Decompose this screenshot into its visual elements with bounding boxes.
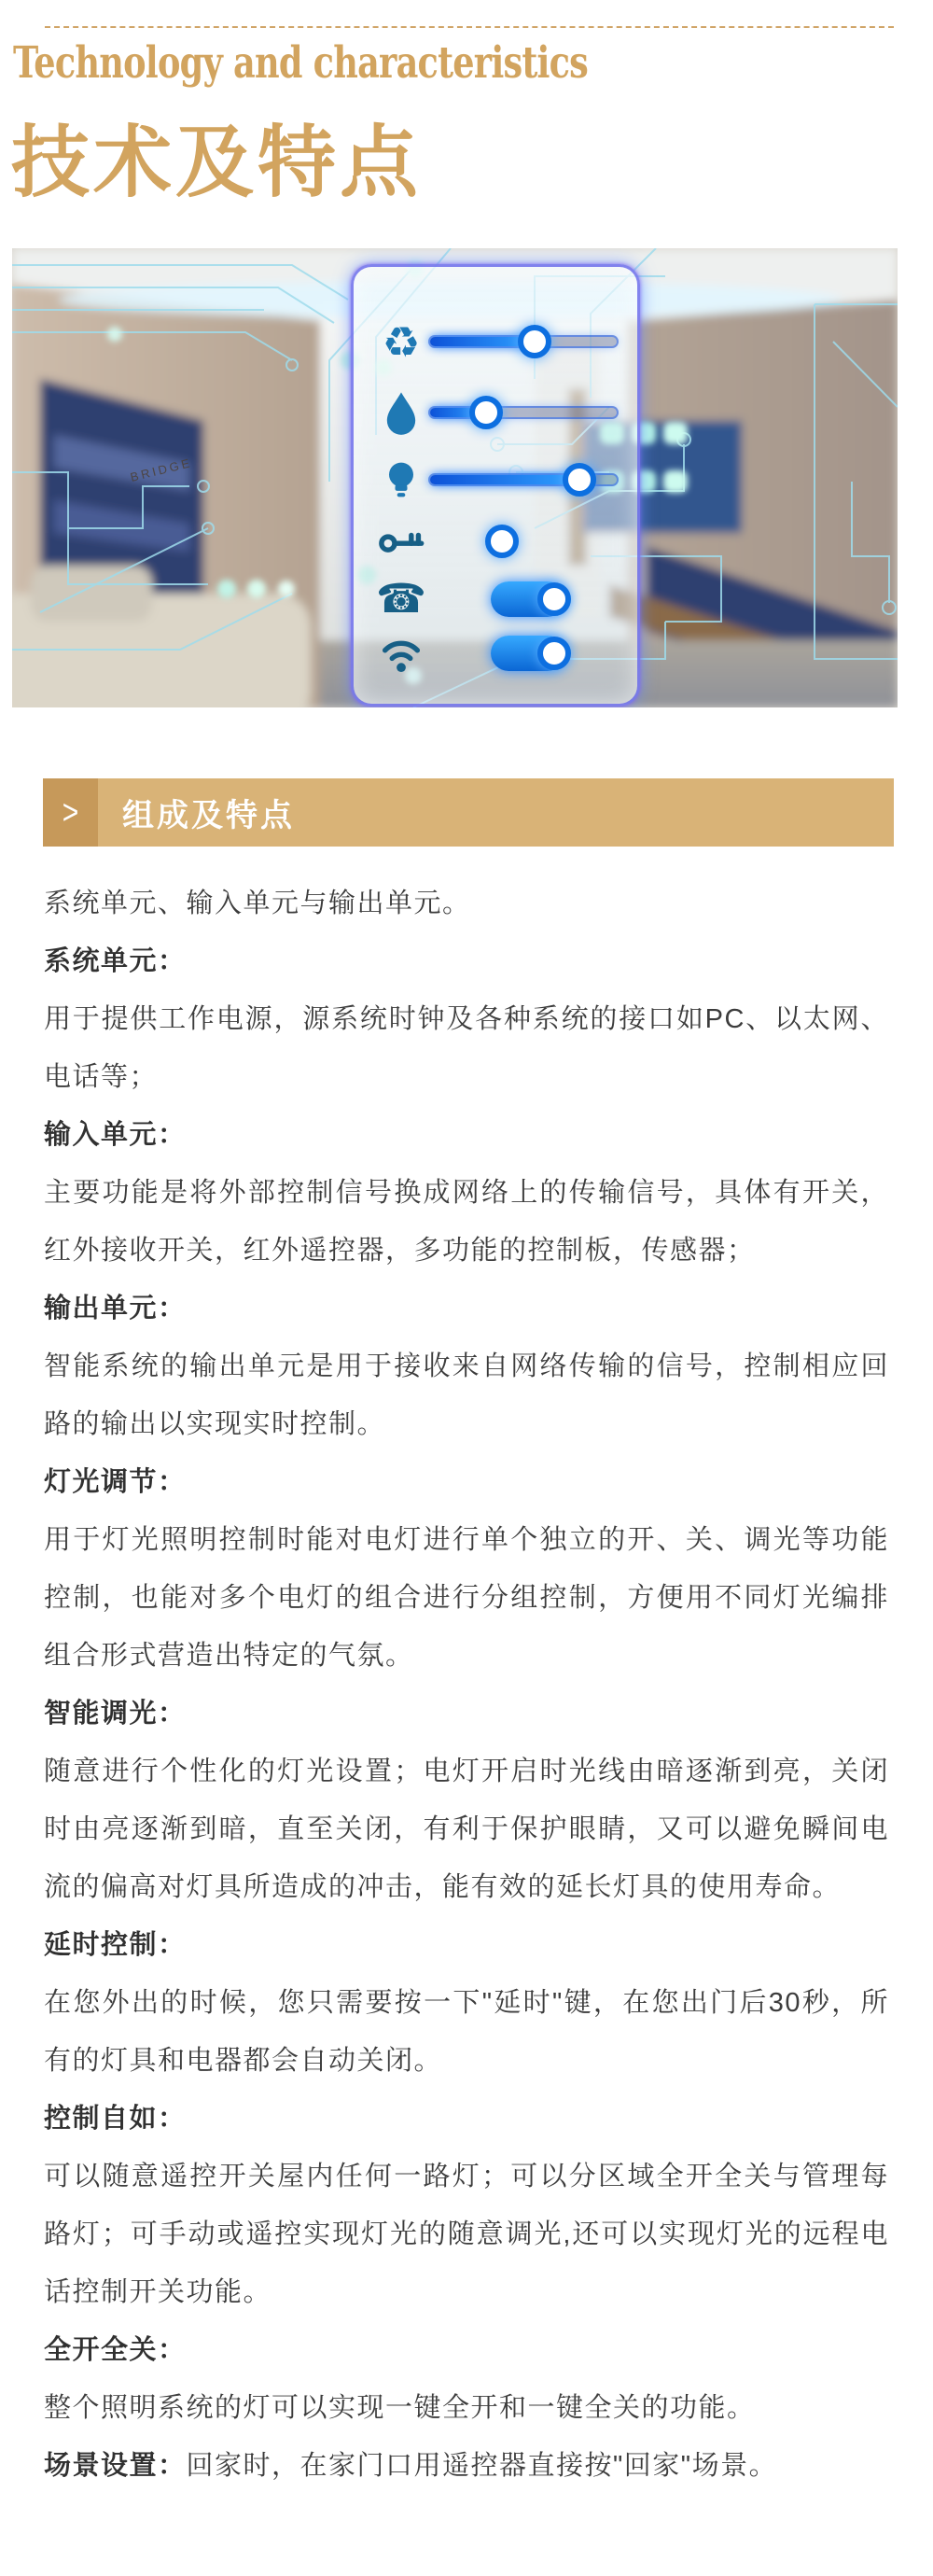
inline-heading: 场景设置：	[44, 2451, 187, 2481]
body-heading: 延时控制：	[44, 1916, 889, 1974]
wifi-icon	[374, 629, 428, 678]
light-bulb-icon	[374, 455, 428, 504]
panel-row	[374, 623, 622, 683]
body-paragraph: 可以随意遥控开关屋内任何一路灯；可以分区域全开全关与管理每路灯；可手动或遥控实现…	[44, 2148, 889, 2321]
panel-row	[374, 511, 622, 571]
key-icon	[374, 517, 428, 566]
svg-text:♻: ♻	[383, 317, 421, 366]
article-body: 系统单元、输入单元与输出单元。系统单元：用于提供工作电源，源系统时钟及各种系统的…	[44, 875, 889, 2495]
water-slider	[428, 383, 622, 442]
body-paragraph: 随意进行个性化的灯光设置；电灯开启时光线由暗逐渐到亮，关闭时由亮逐渐到暗，直至关…	[44, 1743, 889, 1916]
page-title-chinese: 技术及特点	[11, 119, 933, 205]
phone-toggle	[428, 569, 622, 629]
water-drop-icon	[374, 388, 428, 437]
body-paragraph: 用于灯光照明控制时能对电灯进行单个独立的开、关、调光等功能控制，也能对多个电灯的…	[44, 1511, 889, 1685]
body-paragraph: 系统单元、输入单元与输出单元。	[44, 875, 889, 932]
lock-knob	[428, 511, 622, 571]
body-paragraph: 整个照明系统的灯可以实现一键全开和一键全关的功能。	[44, 2379, 889, 2437]
section-title: 组成及特点	[122, 778, 295, 847]
panel-row	[374, 383, 622, 442]
chevron-glyph: >	[63, 795, 79, 831]
hero-image: BRIDGE ♻☎	[12, 248, 898, 707]
body-heading: 灯光调节：	[44, 1453, 889, 1511]
wifi-toggle	[428, 623, 622, 683]
light-slider	[428, 450, 622, 510]
body-heading: 输入单元：	[44, 1106, 889, 1164]
recycle-icon: ♻	[374, 317, 428, 366]
panel-row	[374, 450, 622, 510]
body-heading: 智能调光：	[44, 1685, 889, 1743]
article-page: Technology and characteristics 技术及特点	[0, 0, 933, 2576]
smart-control-panel: ♻☎	[351, 264, 640, 707]
svg-text:☎: ☎	[377, 576, 425, 623]
telephone-icon: ☎	[374, 575, 428, 623]
body-heading: 系统单元：	[44, 932, 889, 990]
body-heading: 全开全关：	[44, 2321, 889, 2379]
section-header: > 组成及特点	[43, 778, 894, 847]
top-divider	[45, 26, 894, 28]
page-title-english: Technology and characteristics	[13, 37, 731, 90]
body-paragraph: 场景设置：回家时，在家门口用遥控器直接按"回家"场景。	[44, 2437, 889, 2495]
body-paragraph: 智能系统的输出单元是用于接收来自网络传输的信号，控制相应回路的输出以实现实时控制…	[44, 1337, 889, 1453]
body-paragraph: 在您外出的时候，您只需要按一下"延时"键，在您出门后30秒，所有的灯具和电器都会…	[44, 1974, 889, 2090]
body-paragraph: 用于提供工作电源，源系统时钟及各种系统的接口如PC、以太网、电话等；	[44, 990, 889, 1106]
body-heading: 控制自如：	[44, 2090, 889, 2148]
panel-row: ☎	[374, 569, 622, 629]
panel-row: ♻	[374, 312, 622, 371]
chevron-right-icon: >	[43, 778, 98, 847]
body-paragraph: 主要功能是将外部控制信号换成网络上的传输信号，具体有开关，红外接收开关，红外遥控…	[44, 1164, 889, 1280]
recycle-slider	[428, 312, 622, 371]
body-heading: 输出单元：	[44, 1280, 889, 1337]
